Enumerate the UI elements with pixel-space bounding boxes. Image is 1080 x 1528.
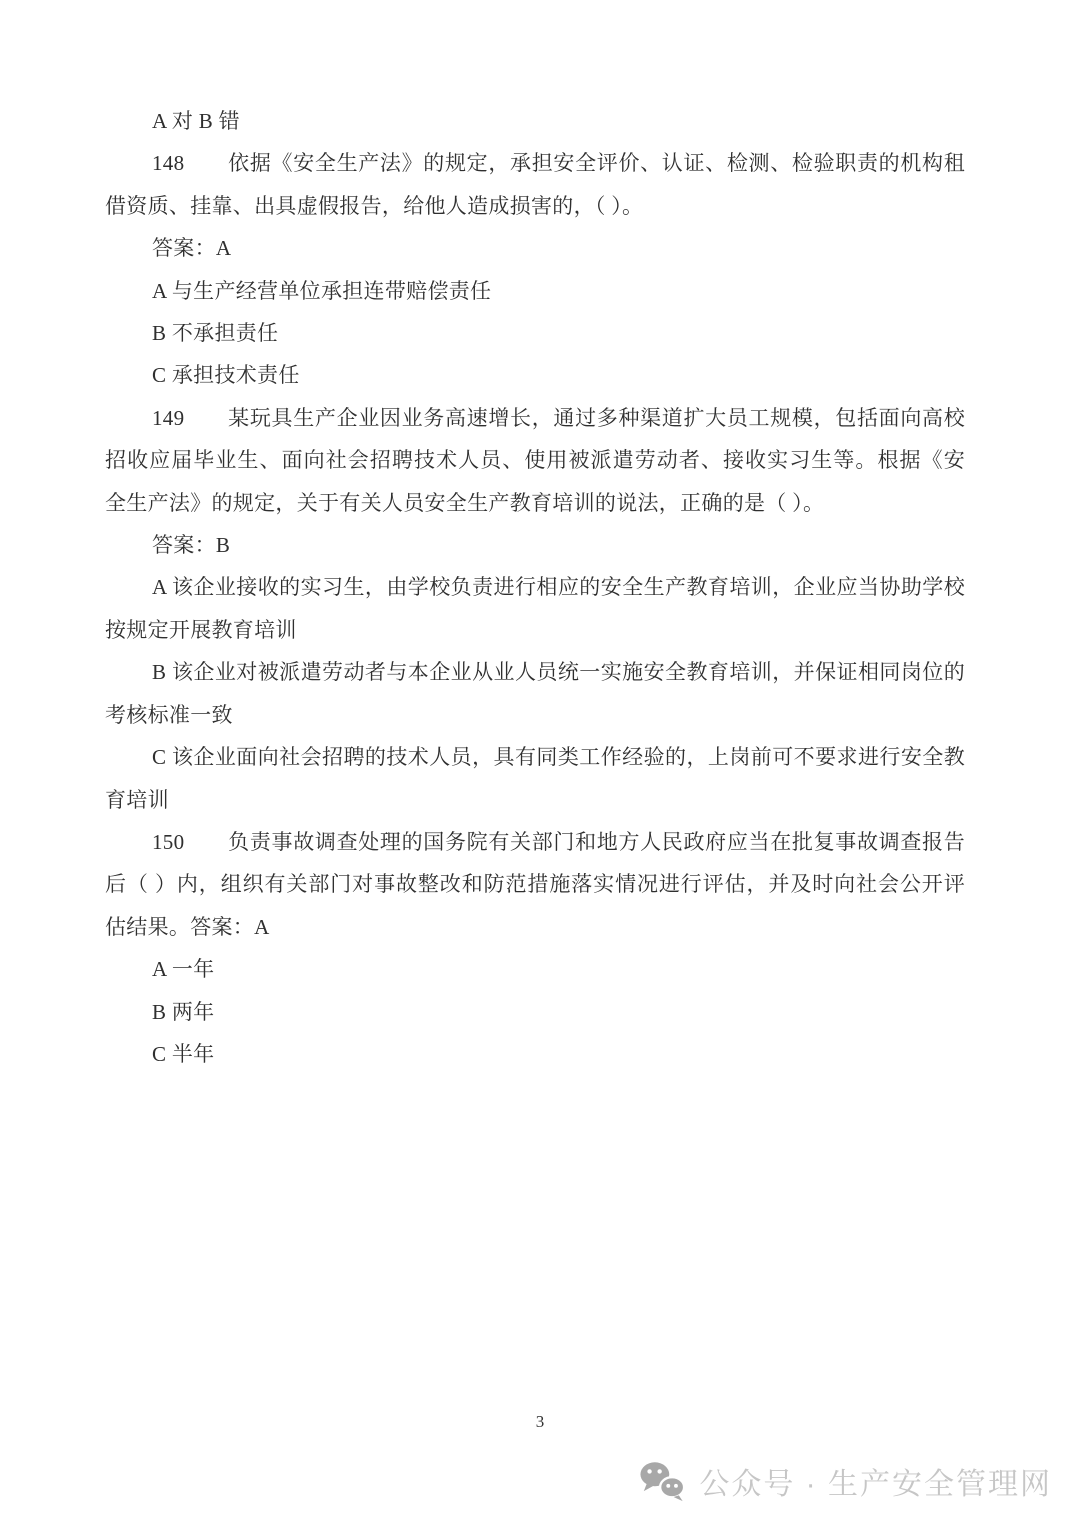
document-page: A 对 B 错148 依据《安全生产法》的规定，承担安全评价、认证、检测、检验职… — [0, 0, 1080, 1528]
document-body: A 对 B 错148 依据《安全生产法》的规定，承担安全评价、认证、检测、检验职… — [105, 100, 965, 1075]
text-line: B 该企业对被派遣劳动者与本企业从业人员统一实施安全教育培训，并保证相同岗位的 — [105, 651, 965, 693]
text-line: 育培训 — [105, 779, 965, 821]
text-line: 估结果。答案：A — [105, 906, 965, 948]
wechat-icon — [639, 1461, 687, 1502]
text-line: C 该企业面向社会招聘的技术人员，具有同类工作经验的，上岗前可不要求进行安全教 — [105, 736, 965, 778]
text-line: B 两年 — [105, 991, 965, 1033]
text-line: A 一年 — [105, 948, 965, 990]
text-line: 考核标准一致 — [105, 694, 965, 736]
text-line: B 不承担责任 — [105, 312, 965, 354]
text-line: 按规定开展教育培训 — [105, 609, 965, 651]
text-line: A 对 B 错 — [105, 100, 965, 142]
text-line: 后（ ）内，组织有关部门对事故整改和防范措施落实情况进行评估，并及时向社会公开评 — [105, 863, 965, 905]
text-line: 答案：A — [105, 227, 965, 269]
page-number: 3 — [0, 1412, 1080, 1432]
text-line: 149 某玩具生产企业因业务高速增长，通过多种渠道扩大员工规模，包括面向高校 — [105, 397, 965, 439]
text-line: 招收应届毕业生、面向社会招聘技术人员、使用被派遣劳动者、接收实习生等。根据《安 — [105, 439, 965, 481]
text-line: C 承担技术责任 — [105, 354, 965, 396]
text-line: 148 依据《安全生产法》的规定，承担安全评价、认证、检测、检验职责的机构租 — [105, 142, 965, 184]
watermark: 公众号 · 生产安全管理网 — [639, 1459, 1052, 1503]
text-line: 答案：B — [105, 524, 965, 566]
text-line: A 该企业接收的实习生，由学校负责进行相应的安全生产教育培训，企业应当协助学校 — [105, 566, 965, 608]
text-line: A 与生产经营单位承担连带赔偿责任 — [105, 270, 965, 312]
text-line: 全生产法》的规定，关于有关人员安全生产教育培训的说法，正确的是（ ）。 — [105, 482, 965, 524]
text-line: C 半年 — [105, 1033, 965, 1075]
watermark-text: 公众号 · 生产安全管理网 — [699, 1459, 1052, 1503]
text-line: 借资质、挂靠、出具虚假报告，给他人造成损害的，（ ）。 — [105, 185, 965, 227]
text-line: 150 负责事故调查处理的国务院有关部门和地方人民政府应当在批复事故调查报告 — [105, 821, 965, 863]
